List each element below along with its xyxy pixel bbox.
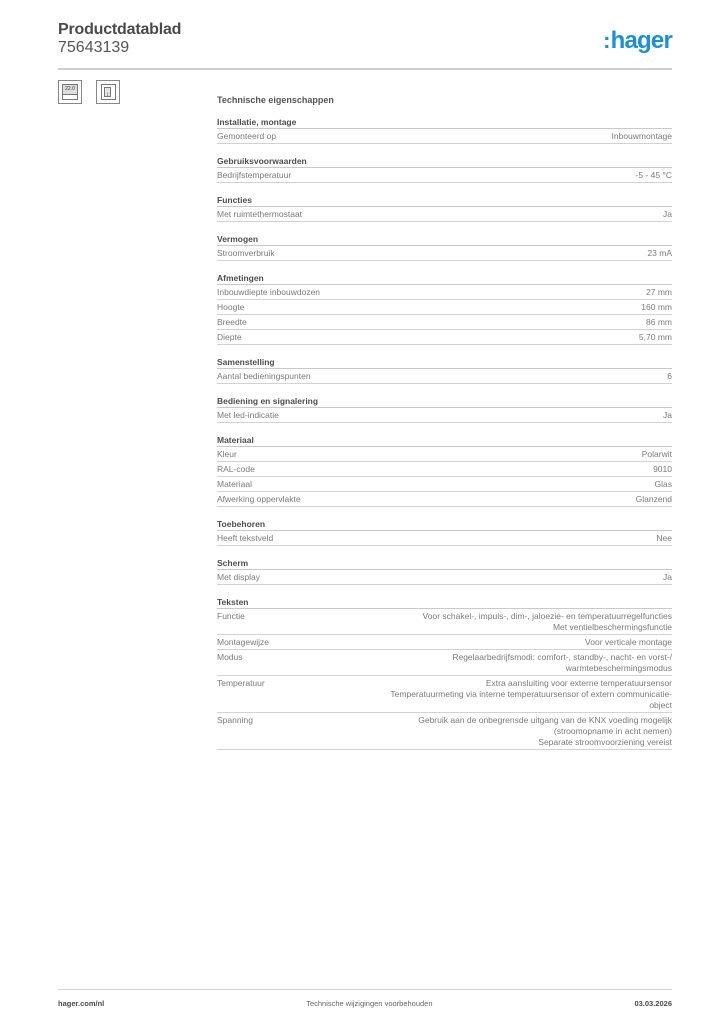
property-row: Bedrijfstemperatuur-5 - 45 °C bbox=[217, 168, 672, 183]
section-title: Technische eigenschappen bbox=[217, 95, 672, 105]
property-value: Inbouwmontage bbox=[612, 131, 673, 142]
group-title: Bediening en signalering bbox=[217, 396, 672, 408]
property-row: KleurPolarwit bbox=[217, 447, 672, 462]
property-row: RAL-code9010 bbox=[217, 462, 672, 477]
property-group: Installatie, montageGemonteerd opInbouwm… bbox=[217, 117, 672, 144]
property-group: ToebehorenHeeft tekstveldNee bbox=[217, 519, 672, 546]
property-value: 5,70 mm bbox=[639, 332, 672, 343]
property-label: Stroomverbruik bbox=[217, 248, 275, 259]
property-label: Hoogte bbox=[217, 302, 244, 313]
article-number: 75643139 bbox=[58, 39, 181, 57]
hager-logo: :hager bbox=[603, 28, 672, 54]
group-title: Afmetingen bbox=[217, 273, 672, 285]
property-value: 86 mm bbox=[646, 317, 672, 328]
property-row: MontagewijzeVoor verticale montage bbox=[217, 635, 672, 650]
property-value: Glas bbox=[655, 479, 672, 490]
property-label: Breedte bbox=[217, 317, 247, 328]
property-group: FunctiesMet ruimtethermostaatJa bbox=[217, 195, 672, 222]
property-label: Bedrijfstemperatuur bbox=[217, 170, 291, 181]
property-label: Spanning bbox=[217, 715, 253, 748]
property-label: Montagewijze bbox=[217, 637, 269, 648]
property-value: Polarwit bbox=[642, 449, 672, 460]
property-label: Met led-indicatie bbox=[217, 410, 279, 421]
property-row: Inbouwdiepte inbouwdozen27 mm bbox=[217, 285, 672, 300]
property-label: Inbouwdiepte inbouwdozen bbox=[217, 287, 320, 298]
property-label: Gemonteerd op bbox=[217, 131, 276, 142]
property-group: SchermMet displayJa bbox=[217, 558, 672, 585]
property-value: -5 - 45 °C bbox=[636, 170, 672, 181]
property-row: SpanningGebruik aan de onbegrensde uitga… bbox=[217, 713, 672, 750]
property-label: Diepte bbox=[217, 332, 242, 343]
group-title: Functies bbox=[217, 195, 672, 207]
property-group: VermogenStroomverbruik23 mA bbox=[217, 234, 672, 261]
property-label: Met ruimtethermostaat bbox=[217, 209, 302, 220]
property-row: Aantal bedieningspunten6 bbox=[217, 369, 672, 384]
property-value: Ja bbox=[663, 572, 672, 583]
group-title: Gebruiksvoorwaarden bbox=[217, 156, 672, 168]
property-value: 160 mm bbox=[641, 302, 672, 313]
technical-properties: Technische eigenschappen Installatie, mo… bbox=[217, 95, 672, 750]
property-row: Heeft tekstveldNee bbox=[217, 531, 672, 546]
property-label: Aantal bedieningspunten bbox=[217, 371, 311, 382]
property-label: Heeft tekstveld bbox=[217, 533, 273, 544]
property-label: Functie bbox=[217, 611, 245, 633]
property-value: Glanzend bbox=[636, 494, 672, 505]
display-icon: 22.0 bbox=[58, 80, 82, 104]
property-value: Extra aansluiting voor externe temperatu… bbox=[390, 678, 672, 711]
property-group: GebruiksvoorwaardenBedrijfstemperatuur-5… bbox=[217, 156, 672, 183]
group-title: Installatie, montage bbox=[217, 117, 672, 129]
property-value: 23 mA bbox=[647, 248, 672, 259]
property-label: RAL-code bbox=[217, 464, 255, 475]
logo-text: hager bbox=[611, 27, 672, 54]
footer-date: 03.03.2026 bbox=[634, 999, 672, 1008]
property-row: MateriaalGlas bbox=[217, 477, 672, 492]
property-row: TemperatuurExtra aansluiting voor extern… bbox=[217, 676, 672, 713]
property-label: Materiaal bbox=[217, 479, 252, 490]
property-row: Gemonteerd opInbouwmontage bbox=[217, 129, 672, 144]
document-header: Productdatablad 75643139 bbox=[58, 20, 181, 57]
footer-website: hager.com/nl bbox=[58, 999, 104, 1008]
property-group: TekstenFunctieVoor schakel-, impuls-, di… bbox=[217, 597, 672, 750]
property-label: Modus bbox=[217, 652, 243, 674]
group-title: Scherm bbox=[217, 558, 672, 570]
property-row: Breedte86 mm bbox=[217, 315, 672, 330]
property-value: Gebruik aan de onbegrensde uitgang van d… bbox=[418, 715, 672, 748]
document-footer: hager.com/nl Technische wijzigingen voor… bbox=[58, 999, 672, 1008]
property-value: Ja bbox=[663, 410, 672, 421]
property-value: Regelaarbedrijfsmodi: comfort-, standby-… bbox=[452, 652, 672, 674]
property-row: FunctieVoor schakel-, impuls-, dim-, jal… bbox=[217, 609, 672, 635]
group-title: Toebehoren bbox=[217, 519, 672, 531]
group-title: Samenstelling bbox=[217, 357, 672, 369]
property-group: AfmetingenInbouwdiepte inbouwdozen27 mmH… bbox=[217, 273, 672, 345]
property-value: Ja bbox=[663, 209, 672, 220]
property-groups: Installatie, montageGemonteerd opInbouwm… bbox=[217, 117, 672, 750]
group-title: Materiaal bbox=[217, 435, 672, 447]
group-title: Teksten bbox=[217, 597, 672, 609]
property-row: Diepte5,70 mm bbox=[217, 330, 672, 345]
property-label: Temperatuur bbox=[217, 678, 265, 711]
footer-disclaimer: Technische wijzigingen voorbehouden bbox=[306, 999, 432, 1008]
property-row: Met led-indicatieJa bbox=[217, 408, 672, 423]
product-icons: 22.0 ↕ bbox=[58, 80, 120, 104]
mounting-icon: ↕ bbox=[96, 80, 120, 104]
property-row: Hoogte160 mm bbox=[217, 300, 672, 315]
header-divider bbox=[58, 68, 672, 70]
property-value: Voor verticale montage bbox=[585, 637, 672, 648]
property-label: Afwerking oppervlakte bbox=[217, 494, 301, 505]
property-value: 6 bbox=[667, 371, 672, 382]
page-title: Productdatablad bbox=[58, 20, 181, 39]
property-value: 9010 bbox=[653, 464, 672, 475]
property-group: Bediening en signaleringMet led-indicati… bbox=[217, 396, 672, 423]
property-group: MateriaalKleurPolarwitRAL-code9010Materi… bbox=[217, 435, 672, 507]
property-row: Met displayJa bbox=[217, 570, 672, 585]
property-row: Stroomverbruik23 mA bbox=[217, 246, 672, 261]
footer-divider bbox=[58, 989, 672, 990]
property-label: Met display bbox=[217, 572, 260, 583]
property-row: Met ruimtethermostaatJa bbox=[217, 207, 672, 222]
property-label: Kleur bbox=[217, 449, 237, 460]
property-value: Nee bbox=[656, 533, 672, 544]
property-value: Voor schakel-, impuls-, dim-, jaloezie- … bbox=[423, 611, 672, 633]
property-row: Afwerking oppervlakteGlanzend bbox=[217, 492, 672, 507]
property-value: 27 mm bbox=[646, 287, 672, 298]
group-title: Vermogen bbox=[217, 234, 672, 246]
property-group: SamenstellingAantal bedieningspunten6 bbox=[217, 357, 672, 384]
property-row: ModusRegelaarbedrijfsmodi: comfort-, sta… bbox=[217, 650, 672, 676]
logo-prefix: : bbox=[603, 28, 610, 53]
